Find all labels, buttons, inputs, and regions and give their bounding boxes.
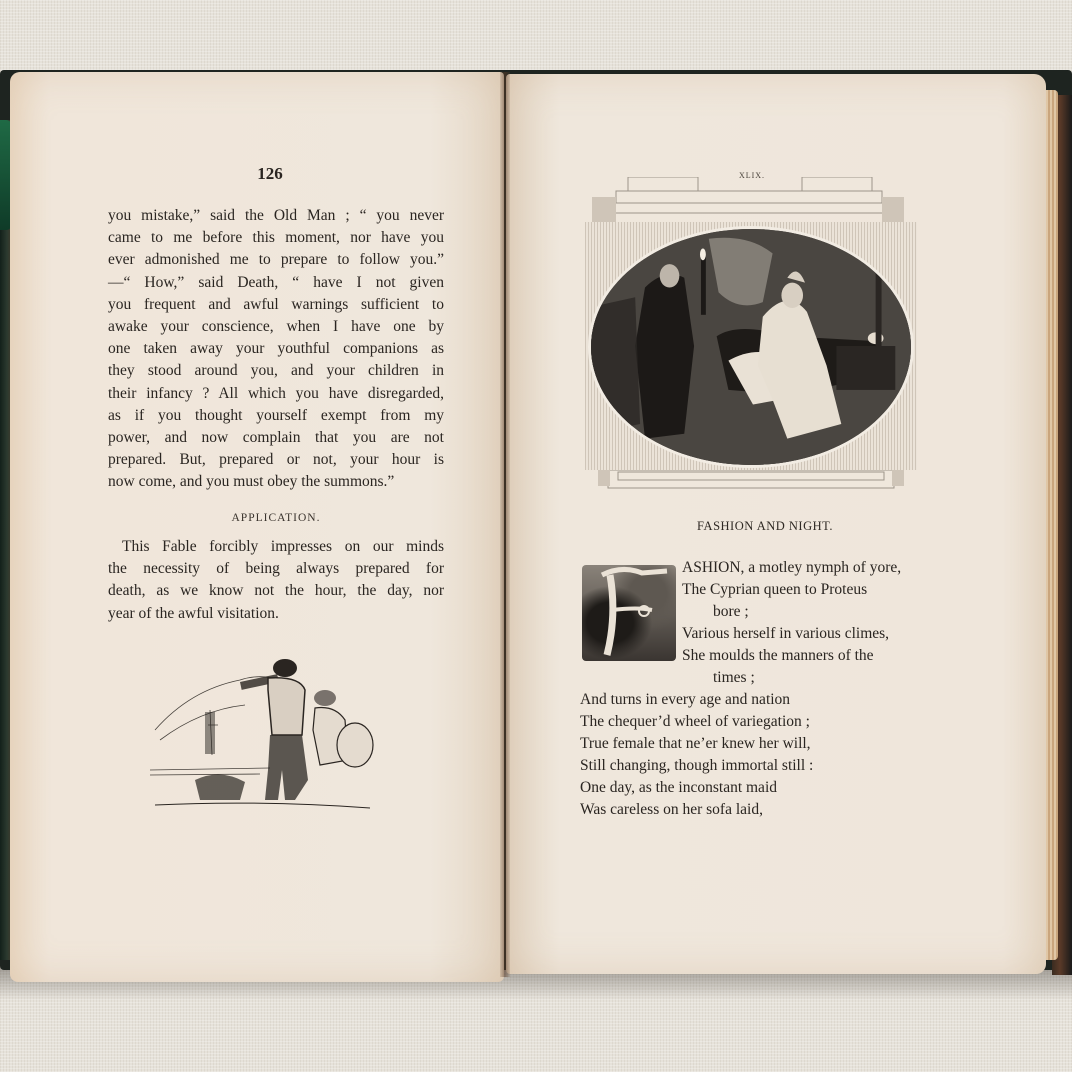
vignette-illustration xyxy=(150,650,375,815)
body-line: you frequent and awful warnings sufficie… xyxy=(108,294,444,316)
poem-line: Various herself in various climes, xyxy=(580,623,925,645)
poem-line: She moulds the manners of the xyxy=(580,645,925,667)
poem-line: bore ; xyxy=(580,601,925,623)
page-number: 126 xyxy=(255,164,285,184)
application-line: year of the awful visitation. xyxy=(108,603,444,625)
poem-title: FASHION AND NIGHT. xyxy=(600,519,930,534)
plate-frame-bottom xyxy=(598,470,904,490)
section-heading: APPLICATION. xyxy=(108,512,444,524)
poem-line: times ; xyxy=(580,667,925,689)
body-line: their infancy ? All which you have disre… xyxy=(108,383,444,405)
body-line: prepared. But, prepared or not, your hou… xyxy=(108,449,444,471)
poem-line: One day, as the inconstant maid xyxy=(580,777,925,799)
poem-line: The chequer’d wheel of variegation ; xyxy=(580,711,925,733)
body-line: awake your conscience, when I have one b… xyxy=(108,316,444,338)
application-line: the necessity of being always prepared f… xyxy=(108,558,444,580)
left-page-body: you mistake,” said the Old Man ; “ you n… xyxy=(108,205,444,494)
poem-line: True female that ne’er knew her will, xyxy=(580,733,925,755)
application-line: death, as we know not the hour, the day,… xyxy=(108,580,444,602)
plate-engraving xyxy=(588,226,914,468)
poem-line: ASHION, a motley nymph of yore, xyxy=(580,557,925,579)
application-line: This Fable forcibly impresses on our min… xyxy=(108,536,444,558)
body-line: ever admonished me to prepare to follow … xyxy=(108,249,444,271)
body-line: you mistake,” said the Old Man ; “ you n… xyxy=(108,205,444,227)
poem-line: The Cyprian queen to Proteus xyxy=(580,579,925,601)
body-line: they stood around you, and your children… xyxy=(108,360,444,382)
body-line: power, and now complain that you are not xyxy=(108,427,444,449)
book-gutter xyxy=(500,72,510,977)
body-line: as if you thought yourself exempt from m… xyxy=(108,405,444,427)
poem-line: Still changing, though immortal still : xyxy=(580,755,925,777)
application-body: This Fable forcibly impresses on our min… xyxy=(108,536,444,625)
plate-frame-top xyxy=(592,177,904,222)
poem-body: ASHION, a motley nymph of yore, The Cypr… xyxy=(580,555,925,821)
poem-line: Was careless on her sofa laid, xyxy=(580,799,925,821)
poem-line: And turns in every age and nation xyxy=(580,689,925,711)
body-line: —“ How,” said Death, “ have I not given xyxy=(108,272,444,294)
body-line: now come, and you must obey the summons.… xyxy=(108,471,444,493)
body-line: one taken away your youthful companions … xyxy=(108,338,444,360)
page-edges xyxy=(1044,90,1058,960)
body-line: came to me before this moment, nor have … xyxy=(108,227,444,249)
